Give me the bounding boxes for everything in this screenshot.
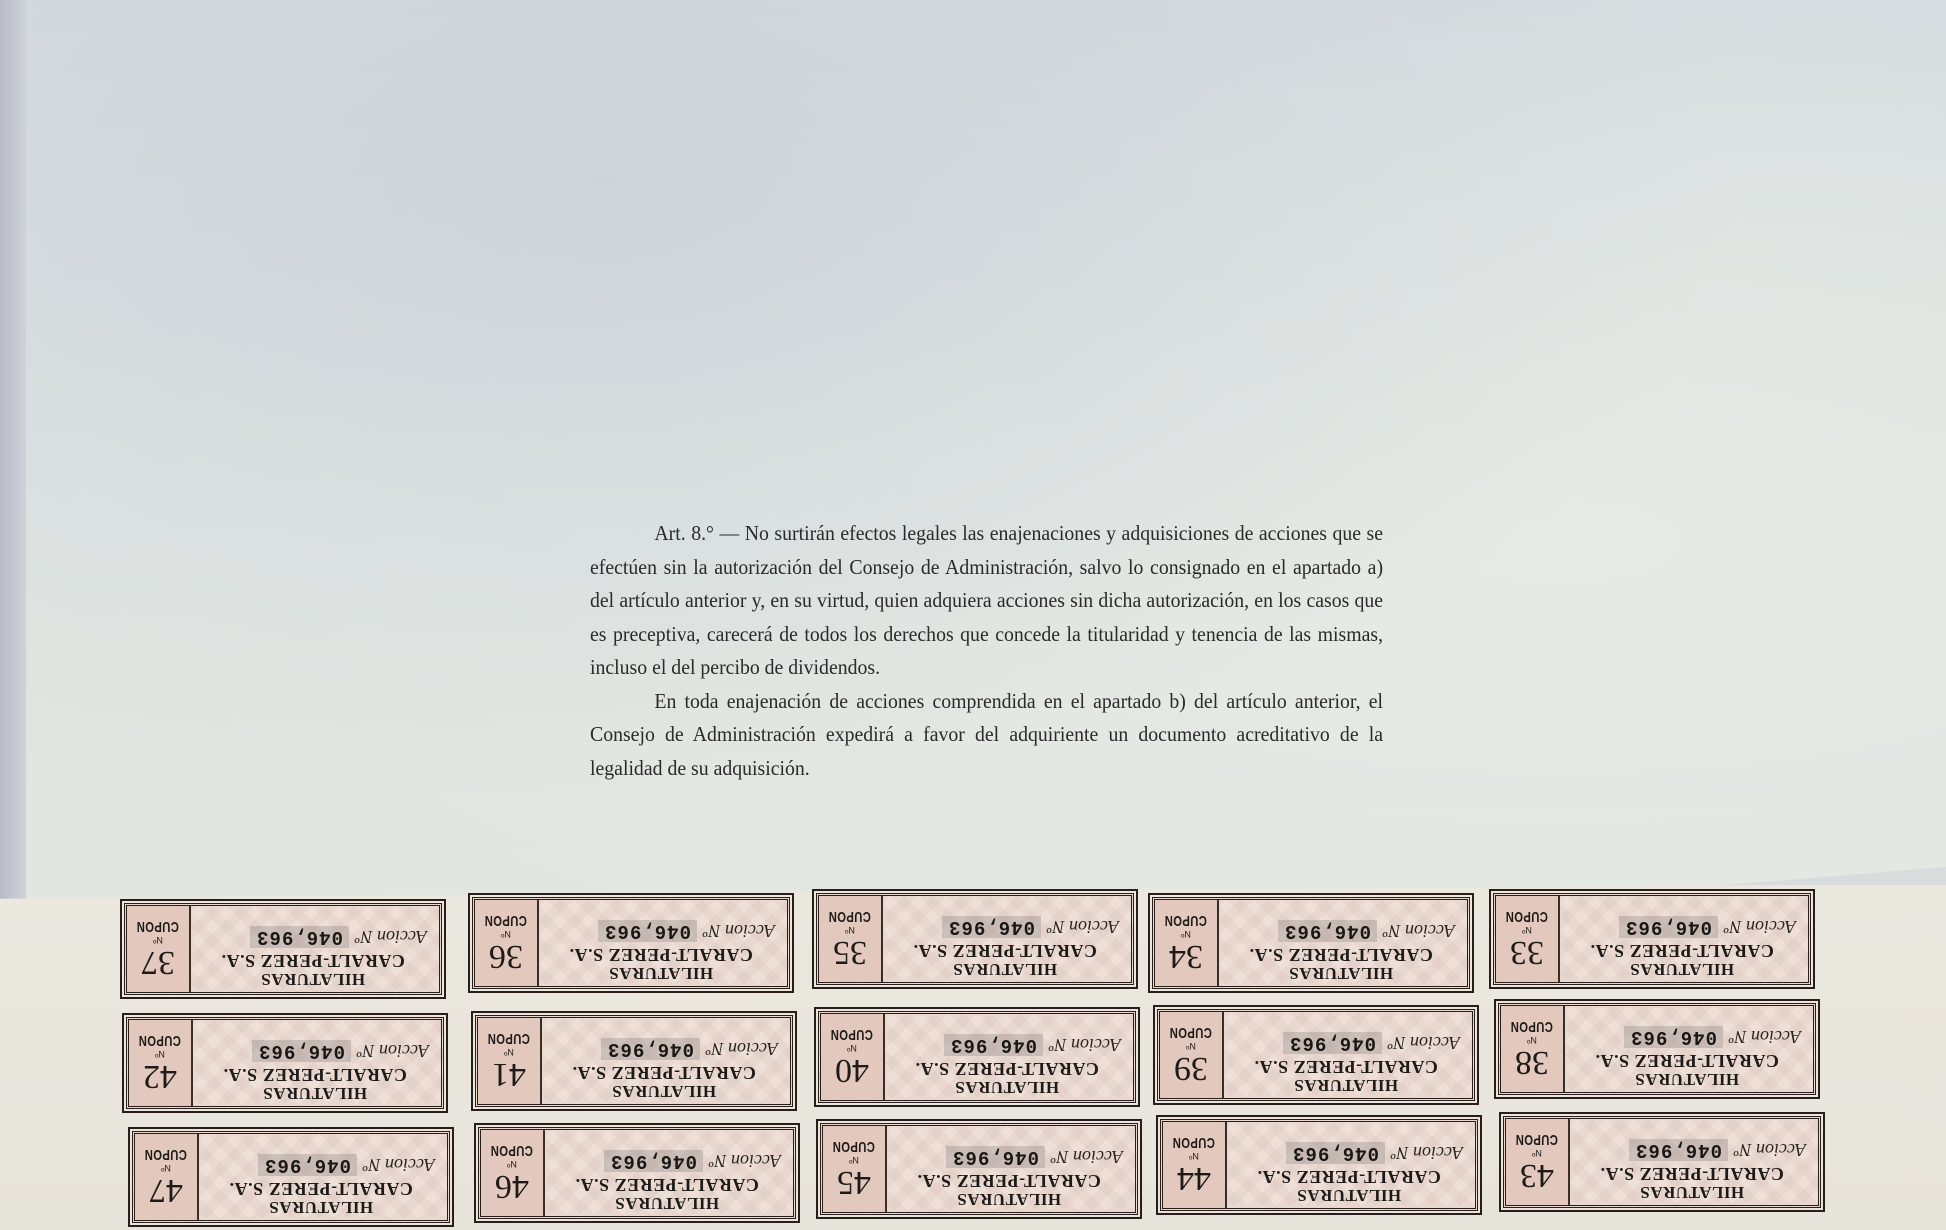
coupon-frame: HILATURAS CARALT-PEREZ S.A. Accion Nº 04… xyxy=(1160,1119,1478,1211)
coupon-label: CUPON xyxy=(137,919,180,936)
coupon-frame: HILATURAS CARALT-PEREZ S.A. Accion Nº 04… xyxy=(1498,1003,1816,1095)
company-line-1: HILATURAS xyxy=(547,964,775,982)
coupon-side-panel: 39 Nº CUPON xyxy=(1160,1012,1224,1098)
dividend-coupon-37: HILATURAS CARALT-PEREZ S.A. Accion Nº 04… xyxy=(124,903,442,995)
share-number-line: Accion Nº 046,963 xyxy=(201,1040,429,1062)
coupon-body: HILATURAS CARALT-PEREZ S.A. Accion Nº 04… xyxy=(1570,1119,1818,1205)
company-line-1: HILATURAS xyxy=(1227,964,1455,982)
coupon-side-panel: 43 Nº CUPON xyxy=(1506,1119,1570,1205)
share-number-line: Accion Nº 046,963 xyxy=(891,916,1119,938)
coupon-side-panel: 38 Nº CUPON xyxy=(1501,1006,1565,1092)
share-number-line: Accion Nº 046,963 xyxy=(1227,920,1455,942)
share-number-label: Accion Nº xyxy=(1049,1035,1121,1056)
coupon-body: HILATURAS CARALT-PEREZ S.A. Accion Nº 04… xyxy=(193,1020,441,1106)
coupon-company: HILATURAS CARALT-PEREZ S.A. xyxy=(1568,942,1796,978)
share-number-label: Accion Nº xyxy=(1734,1140,1806,1161)
coupon-body: HILATURAS CARALT-PEREZ S.A. Accion Nº 04… xyxy=(1224,1012,1472,1098)
share-number-line: Accion Nº 046,963 xyxy=(895,1146,1123,1168)
coupon-side-panel: 41 Nº CUPON xyxy=(478,1018,542,1104)
coupon-body: HILATURAS CARALT-PEREZ S.A. Accion Nº 04… xyxy=(885,1014,1133,1100)
share-number: 046,963 xyxy=(1286,1142,1385,1164)
share-number: 046,963 xyxy=(942,916,1041,938)
dividend-coupon-34: HILATURAS CARALT-PEREZ S.A. Accion Nº 04… xyxy=(1152,897,1470,989)
coupon-number: 44 xyxy=(1177,1162,1211,1196)
share-number-label: Accion Nº xyxy=(363,1155,435,1176)
coupon-no-label: Nº xyxy=(155,1050,165,1060)
company-line-2: CARALT-PEREZ S.A. xyxy=(547,946,775,964)
dividend-coupon-46: HILATURAS CARALT-PEREZ S.A. Accion Nº 04… xyxy=(478,1127,796,1219)
company-line-2: CARALT-PEREZ S.A. xyxy=(199,952,427,970)
coupon-frame: HILATURAS CARALT-PEREZ S.A. Accion Nº 04… xyxy=(126,1017,444,1109)
dividend-coupon-44: HILATURAS CARALT-PEREZ S.A. Accion Nº 04… xyxy=(1160,1119,1478,1211)
coupon-no-label: Nº xyxy=(1189,1152,1199,1162)
coupon-side-panel: 36 Nº CUPON xyxy=(475,900,539,986)
share-number-line: Accion Nº 046,963 xyxy=(1578,1139,1806,1161)
coupon-body: HILATURAS CARALT-PEREZ S.A. Accion Nº 04… xyxy=(887,1126,1135,1212)
share-number: 046,963 xyxy=(250,926,349,948)
coupon-number: 47 xyxy=(149,1174,183,1208)
coupon-side-panel: 42 Nº CUPON xyxy=(129,1020,193,1106)
share-number: 046,963 xyxy=(946,1146,1045,1168)
company-line-2: CARALT-PEREZ S.A. xyxy=(1578,1165,1806,1183)
share-number-label: Accion Nº xyxy=(709,1151,781,1172)
share-number-line: Accion Nº 046,963 xyxy=(1235,1142,1463,1164)
coupon-label: CUPON xyxy=(1506,909,1549,926)
coupon-number: 45 xyxy=(837,1166,871,1200)
coupon-body: HILATURAS CARALT-PEREZ S.A. Accion Nº 04… xyxy=(1219,900,1467,986)
coupon-frame: HILATURAS CARALT-PEREZ S.A. Accion Nº 04… xyxy=(816,893,1134,985)
coupon-frame: HILATURAS CARALT-PEREZ S.A. Accion Nº 04… xyxy=(478,1127,796,1219)
coupon-body: HILATURAS CARALT-PEREZ S.A. Accion Nº 04… xyxy=(1560,896,1808,982)
coupon-company: HILATURAS CARALT-PEREZ S.A. xyxy=(1235,1168,1463,1204)
coupon-frame: HILATURAS CARALT-PEREZ S.A. Accion Nº 04… xyxy=(818,1011,1136,1103)
share-number-line: Accion Nº 046,963 xyxy=(893,1034,1121,1056)
coupon-side-panel: 35 Nº CUPON xyxy=(819,896,883,982)
share-number-label: Accion Nº xyxy=(703,921,775,942)
coupon-company: HILATURAS CARALT-PEREZ S.A. xyxy=(1232,1058,1460,1094)
coupon-company: HILATURAS CARALT-PEREZ S.A. xyxy=(1573,1052,1801,1088)
coupon-company: HILATURAS CARALT-PEREZ S.A. xyxy=(1227,946,1455,982)
share-number-line: Accion Nº 046,963 xyxy=(547,920,775,942)
share-number-label: Accion Nº xyxy=(706,1039,778,1060)
share-number-line: Accion Nº 046,963 xyxy=(1573,1026,1801,1048)
company-line-1: HILATURAS xyxy=(895,1190,1123,1208)
company-line-2: CARALT-PEREZ S.A. xyxy=(207,1180,435,1198)
coupon-company: HILATURAS CARALT-PEREZ S.A. xyxy=(550,1064,778,1100)
coupon-body: HILATURAS CARALT-PEREZ S.A. Accion Nº 04… xyxy=(539,900,787,986)
share-number-line: Accion Nº 046,963 xyxy=(550,1038,778,1060)
share-number-label: Accion Nº xyxy=(1729,1027,1801,1048)
share-number: 046,963 xyxy=(252,1040,351,1062)
coupon-no-label: Nº xyxy=(1527,1036,1537,1046)
coupon-side-panel: 37 Nº CUPON xyxy=(127,906,191,992)
coupon-body: HILATURAS CARALT-PEREZ S.A. Accion Nº 04… xyxy=(1227,1122,1475,1208)
share-number-label: Accion Nº xyxy=(357,1041,429,1062)
company-line-1: HILATURAS xyxy=(1568,960,1796,978)
company-line-1: HILATURAS xyxy=(893,1078,1121,1096)
coupon-side-panel: 33 Nº CUPON xyxy=(1496,896,1560,982)
share-number-label: Accion Nº xyxy=(1051,1147,1123,1168)
coupon-body: HILATURAS CARALT-PEREZ S.A. Accion Nº 04… xyxy=(545,1130,793,1216)
share-number: 046,963 xyxy=(598,920,697,942)
share-number: 046,963 xyxy=(604,1150,703,1172)
article-paragraph-1: Art. 8.° — No surtirán efectos legales l… xyxy=(590,517,1383,685)
coupon-side-panel: 46 Nº CUPON xyxy=(481,1130,545,1216)
coupon-company: HILATURAS CARALT-PEREZ S.A. xyxy=(553,1176,781,1212)
coupon-label: CUPON xyxy=(491,1143,534,1160)
company-line-2: CARALT-PEREZ S.A. xyxy=(891,942,1119,960)
share-number: 046,963 xyxy=(601,1038,700,1060)
coupon-label: CUPON xyxy=(488,1031,531,1048)
share-number: 046,963 xyxy=(944,1034,1043,1056)
coupon-number: 38 xyxy=(1515,1046,1549,1080)
company-line-2: CARALT-PEREZ S.A. xyxy=(1573,1052,1801,1070)
company-line-2: CARALT-PEREZ S.A. xyxy=(553,1176,781,1194)
coupon-no-label: Nº xyxy=(1532,1149,1542,1159)
coupon-frame: HILATURAS CARALT-PEREZ S.A. Accion Nº 04… xyxy=(1503,1116,1821,1208)
dividend-coupon-35: HILATURAS CARALT-PEREZ S.A. Accion Nº 04… xyxy=(816,893,1134,985)
company-line-2: CARALT-PEREZ S.A. xyxy=(893,1060,1121,1078)
company-line-1: HILATURAS xyxy=(550,1082,778,1100)
coupon-number: 43 xyxy=(1520,1159,1554,1193)
company-line-2: CARALT-PEREZ S.A. xyxy=(1232,1058,1460,1076)
coupon-body: HILATURAS CARALT-PEREZ S.A. Accion Nº 04… xyxy=(199,1134,447,1220)
share-number-line: Accion Nº 046,963 xyxy=(553,1150,781,1172)
coupon-side-panel: 44 Nº CUPON xyxy=(1163,1122,1227,1208)
share-number-label: Accion Nº xyxy=(1047,917,1119,938)
coupon-label: CUPON xyxy=(1511,1019,1554,1036)
share-number: 046,963 xyxy=(258,1154,357,1176)
coupon-no-label: Nº xyxy=(507,1160,517,1170)
coupon-body: HILATURAS CARALT-PEREZ S.A. Accion Nº 04… xyxy=(883,896,1131,982)
company-line-1: HILATURAS xyxy=(199,970,427,988)
coupon-frame: HILATURAS CARALT-PEREZ S.A. Accion Nº 04… xyxy=(132,1131,450,1223)
coupon-frame: HILATURAS CARALT-PEREZ S.A. Accion Nº 04… xyxy=(1157,1009,1475,1101)
coupon-company: HILATURAS CARALT-PEREZ S.A. xyxy=(891,942,1119,978)
company-line-1: HILATURAS xyxy=(201,1084,429,1102)
coupon-company: HILATURAS CARALT-PEREZ S.A. xyxy=(895,1172,1123,1208)
coupon-number: 40 xyxy=(835,1054,869,1088)
coupon-no-label: Nº xyxy=(161,1164,171,1174)
share-number-line: Accion Nº 046,963 xyxy=(1232,1032,1460,1054)
coupon-frame: HILATURAS CARALT-PEREZ S.A. Accion Nº 04… xyxy=(472,897,790,989)
share-number: 046,963 xyxy=(1278,920,1377,942)
coupon-no-label: Nº xyxy=(1186,1042,1196,1052)
coupon-frame: HILATURAS CARALT-PEREZ S.A. Accion Nº 04… xyxy=(1493,893,1811,985)
share-number: 046,963 xyxy=(1283,1032,1382,1054)
coupon-body: HILATURAS CARALT-PEREZ S.A. Accion Nº 04… xyxy=(542,1018,790,1104)
coupon-number: 34 xyxy=(1169,940,1203,974)
company-line-1: HILATURAS xyxy=(891,960,1119,978)
share-number-label: Accion Nº xyxy=(1388,1033,1460,1054)
dividend-coupon-40: HILATURAS CARALT-PEREZ S.A. Accion Nº 04… xyxy=(818,1011,1136,1103)
coupon-number: 33 xyxy=(1510,936,1544,970)
share-number-line: Accion Nº 046,963 xyxy=(207,1154,435,1176)
company-line-1: HILATURAS xyxy=(1573,1070,1801,1088)
company-line-1: HILATURAS xyxy=(207,1198,435,1216)
dividend-coupon-42: HILATURAS CARALT-PEREZ S.A. Accion Nº 04… xyxy=(126,1017,444,1109)
coupon-number: 35 xyxy=(833,936,867,970)
coupon-label: CUPON xyxy=(485,913,528,930)
coupon-company: HILATURAS CARALT-PEREZ S.A. xyxy=(893,1060,1121,1096)
coupon-frame: HILATURAS CARALT-PEREZ S.A. Accion Nº 04… xyxy=(124,903,442,995)
coupon-company: HILATURAS CARALT-PEREZ S.A. xyxy=(207,1180,435,1216)
coupon-body: HILATURAS CARALT-PEREZ S.A. Accion Nº 04… xyxy=(191,906,439,992)
coupon-company: HILATURAS CARALT-PEREZ S.A. xyxy=(199,952,427,988)
company-line-2: CARALT-PEREZ S.A. xyxy=(1568,942,1796,960)
coupon-label: CUPON xyxy=(1173,1135,1216,1152)
article-paragraph-2: En toda enajenación de acciones comprend… xyxy=(590,685,1383,786)
coupon-body: HILATURAS CARALT-PEREZ S.A. Accion Nº 04… xyxy=(1565,1006,1813,1092)
coupon-number: 37 xyxy=(141,946,175,980)
share-number: 046,963 xyxy=(1629,1139,1728,1161)
coupon-label: CUPON xyxy=(831,1027,874,1044)
coupon-label: CUPON xyxy=(829,909,872,926)
share-number: 046,963 xyxy=(1624,1026,1723,1048)
company-line-2: CARALT-PEREZ S.A. xyxy=(550,1064,778,1082)
coupon-number: 41 xyxy=(492,1058,526,1092)
coupon-frame: HILATURAS CARALT-PEREZ S.A. Accion Nº 04… xyxy=(475,1015,793,1107)
coupon-label: CUPON xyxy=(1170,1025,1213,1042)
coupon-label: CUPON xyxy=(1516,1132,1559,1149)
dividend-coupon-38: HILATURAS CARALT-PEREZ S.A. Accion Nº 04… xyxy=(1498,1003,1816,1095)
coupon-number: 42 xyxy=(143,1060,177,1094)
coupon-label: CUPON xyxy=(833,1139,876,1156)
coupon-no-label: Nº xyxy=(849,1156,859,1166)
dividend-coupon-43: HILATURAS CARALT-PEREZ S.A. Accion Nº 04… xyxy=(1503,1116,1821,1208)
coupon-number: 46 xyxy=(495,1170,529,1204)
dividend-coupon-36: HILATURAS CARALT-PEREZ S.A. Accion Nº 04… xyxy=(472,897,790,989)
company-line-2: CARALT-PEREZ S.A. xyxy=(201,1066,429,1084)
company-line-2: CARALT-PEREZ S.A. xyxy=(1235,1168,1463,1186)
company-line-1: HILATURAS xyxy=(1578,1183,1806,1201)
dividend-coupon-33: HILATURAS CARALT-PEREZ S.A. Accion Nº 04… xyxy=(1493,893,1811,985)
dividend-coupon-45: HILATURAS CARALT-PEREZ S.A. Accion Nº 04… xyxy=(820,1123,1138,1215)
share-number-line: Accion Nº 046,963 xyxy=(1568,916,1796,938)
article-8-text: Art. 8.° — No surtirán efectos legales l… xyxy=(590,517,1320,785)
company-line-2: CARALT-PEREZ S.A. xyxy=(895,1172,1123,1190)
coupon-number: 39 xyxy=(1174,1052,1208,1086)
coupon-frame: HILATURAS CARALT-PEREZ S.A. Accion Nº 04… xyxy=(820,1123,1138,1215)
coupon-no-label: Nº xyxy=(1181,930,1191,940)
company-line-1: HILATURAS xyxy=(1232,1076,1460,1094)
dividend-coupon-41: HILATURAS CARALT-PEREZ S.A. Accion Nº 04… xyxy=(475,1015,793,1107)
company-line-1: HILATURAS xyxy=(553,1194,781,1212)
coupon-no-label: Nº xyxy=(504,1048,514,1058)
coupon-no-label: Nº xyxy=(1522,926,1532,936)
coupon-company: HILATURAS CARALT-PEREZ S.A. xyxy=(547,946,775,982)
coupon-side-panel: 45 Nº CUPON xyxy=(823,1126,887,1212)
coupon-no-label: Nº xyxy=(501,930,511,940)
coupon-frame: HILATURAS CARALT-PEREZ S.A. Accion Nº 04… xyxy=(1152,897,1470,989)
share-number: 046,963 xyxy=(1619,916,1718,938)
coupon-no-label: Nº xyxy=(847,1044,857,1054)
dividend-coupon-39: HILATURAS CARALT-PEREZ S.A. Accion Nº 04… xyxy=(1157,1009,1475,1101)
dividend-coupon-47: HILATURAS CARALT-PEREZ S.A. Accion Nº 04… xyxy=(132,1131,450,1223)
coupon-side-panel: 47 Nº CUPON xyxy=(135,1134,199,1220)
share-number-label: Accion Nº xyxy=(1391,1143,1463,1164)
share-number-label: Accion Nº xyxy=(355,927,427,948)
share-number-label: Accion Nº xyxy=(1724,917,1796,938)
coupon-company: HILATURAS CARALT-PEREZ S.A. xyxy=(1578,1165,1806,1201)
company-line-2: CARALT-PEREZ S.A. xyxy=(1227,946,1455,964)
coupon-company: HILATURAS CARALT-PEREZ S.A. xyxy=(201,1066,429,1102)
coupon-label: CUPON xyxy=(145,1147,188,1164)
coupon-side-panel: 34 Nº CUPON xyxy=(1155,900,1219,986)
coupon-no-label: Nº xyxy=(153,936,163,946)
share-number-label: Accion Nº xyxy=(1383,921,1455,942)
coupon-side-panel: 40 Nº CUPON xyxy=(821,1014,885,1100)
coupon-no-label: Nº xyxy=(845,926,855,936)
coupon-label: CUPON xyxy=(139,1033,182,1050)
share-number-line: Accion Nº 046,963 xyxy=(199,926,427,948)
coupon-number: 36 xyxy=(489,940,523,974)
coupon-label: CUPON xyxy=(1165,913,1208,930)
background-shadow xyxy=(0,0,30,900)
company-line-1: HILATURAS xyxy=(1235,1186,1463,1204)
